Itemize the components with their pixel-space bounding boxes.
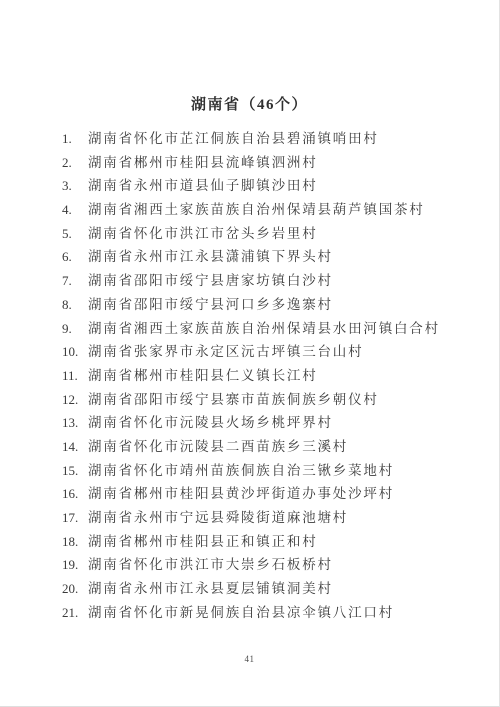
item-number: 16. bbox=[62, 482, 88, 506]
item-number: 21. bbox=[62, 601, 88, 625]
list-item: 20.湖南省永州市江永县夏层铺镇洞美村 bbox=[62, 577, 459, 601]
list-item: 19.湖南省怀化市洪江市大崇乡石板桥村 bbox=[62, 553, 459, 577]
list-item: 16.湖南省郴州市桂阳县黄沙坪街道办事处沙坪村 bbox=[62, 482, 459, 506]
item-text: 湖南省郴州市桂阳县黄沙坪街道办事处沙坪村 bbox=[88, 482, 394, 506]
item-number: 1. bbox=[62, 127, 88, 151]
village-list: 1.湖南省怀化市芷江侗族自治县碧涌镇哨田村2.湖南省郴州市桂阳县流峰镇泗洲村3.… bbox=[0, 127, 499, 624]
item-text: 湖南省邵阳市绥宁县河口乡多逸寨村 bbox=[88, 293, 333, 317]
list-item: 5.湖南省怀化市洪江市岔头乡岩里村 bbox=[62, 222, 459, 246]
item-text: 湖南省张家界市永定区沅古坪镇三台山村 bbox=[88, 340, 363, 364]
list-item: 13.湖南省怀化市沅陵县火场乡桃坪界村 bbox=[62, 411, 459, 435]
item-text: 湖南省怀化市芷江侗族自治县碧涌镇哨田村 bbox=[88, 127, 379, 151]
item-text: 湖南省怀化市沅陵县火场乡桃坪界村 bbox=[88, 411, 333, 435]
item-text: 湖南省怀化市新晃侗族自治县凉伞镇八江口村 bbox=[88, 601, 394, 625]
item-text: 湖南省郴州市桂阳县流峰镇泗洲村 bbox=[88, 151, 318, 175]
item-number: 18. bbox=[62, 530, 88, 554]
item-text: 湖南省永州市宁远县舜陵街道麻池塘村 bbox=[88, 506, 348, 530]
item-number: 10. bbox=[62, 340, 88, 364]
item-text: 湖南省怀化市靖州苗族侗族自治三锹乡菜地村 bbox=[88, 459, 394, 483]
list-item: 3.湖南省永州市道县仙子脚镇沙田村 bbox=[62, 174, 459, 198]
list-item: 15.湖南省怀化市靖州苗族侗族自治三锹乡菜地村 bbox=[62, 459, 459, 483]
item-text: 湖南省永州市道县仙子脚镇沙田村 bbox=[88, 174, 318, 198]
item-text: 湖南省湘西土家族苗族自治州保靖县葫芦镇国茶村 bbox=[88, 198, 425, 222]
item-text: 湖南省郴州市桂阳县正和镇正和村 bbox=[88, 530, 318, 554]
item-number: 8. bbox=[62, 293, 88, 317]
list-item: 17.湖南省永州市宁远县舜陵街道麻池塘村 bbox=[62, 506, 459, 530]
item-number: 12. bbox=[62, 388, 88, 412]
document-page: 湖南省（46个） 1.湖南省怀化市芷江侗族自治县碧涌镇哨田村2.湖南省郴州市桂阳… bbox=[0, 0, 500, 707]
item-number: 2. bbox=[62, 151, 88, 175]
item-number: 4. bbox=[62, 198, 88, 222]
item-number: 3. bbox=[62, 174, 88, 198]
list-item: 10.湖南省张家界市永定区沅古坪镇三台山村 bbox=[62, 340, 459, 364]
list-item: 7.湖南省邵阳市绥宁县唐家坊镇白沙村 bbox=[62, 269, 459, 293]
item-text: 湖南省怀化市沅陵县二酉苗族乡三溪村 bbox=[88, 435, 348, 459]
item-text: 湖南省怀化市洪江市大崇乡石板桥村 bbox=[88, 553, 333, 577]
page-title: 湖南省（46个） bbox=[0, 0, 499, 114]
list-item: 12.湖南省邵阳市绥宁县寨市苗族侗族乡朝仪村 bbox=[62, 388, 459, 412]
item-text: 湖南省邵阳市绥宁县寨市苗族侗族乡朝仪村 bbox=[88, 388, 379, 412]
list-item: 14.湖南省怀化市沅陵县二酉苗族乡三溪村 bbox=[62, 435, 459, 459]
item-number: 14. bbox=[62, 435, 88, 459]
list-item: 4.湖南省湘西土家族苗族自治州保靖县葫芦镇国茶村 bbox=[62, 198, 459, 222]
item-text: 湖南省湘西土家族苗族自治州保靖县水田河镇白合村 bbox=[88, 317, 440, 341]
page-number: 41 bbox=[0, 654, 499, 664]
item-number: 11. bbox=[62, 364, 88, 388]
list-item: 21.湖南省怀化市新晃侗族自治县凉伞镇八江口村 bbox=[62, 601, 459, 625]
list-item: 6.湖南省永州市江永县潇浦镇下界头村 bbox=[62, 245, 459, 269]
item-text: 湖南省永州市江永县潇浦镇下界头村 bbox=[88, 245, 333, 269]
item-number: 9. bbox=[62, 317, 88, 341]
item-number: 13. bbox=[62, 411, 88, 435]
item-number: 17. bbox=[62, 506, 88, 530]
list-item: 1.湖南省怀化市芷江侗族自治县碧涌镇哨田村 bbox=[62, 127, 459, 151]
item-number: 19. bbox=[62, 553, 88, 577]
list-item: 11.湖南省郴州市桂阳县仁义镇长江村 bbox=[62, 364, 459, 388]
item-text: 湖南省永州市江永县夏层铺镇洞美村 bbox=[88, 577, 333, 601]
item-text: 湖南省怀化市洪江市岔头乡岩里村 bbox=[88, 222, 318, 246]
item-number: 5. bbox=[62, 222, 88, 246]
item-text: 湖南省邵阳市绥宁县唐家坊镇白沙村 bbox=[88, 269, 333, 293]
item-number: 7. bbox=[62, 269, 88, 293]
list-item: 9.湖南省湘西土家族苗族自治州保靖县水田河镇白合村 bbox=[62, 317, 459, 341]
item-number: 15. bbox=[62, 459, 88, 483]
item-number: 20. bbox=[62, 577, 88, 601]
item-text: 湖南省郴州市桂阳县仁义镇长江村 bbox=[88, 364, 318, 388]
list-item: 8.湖南省邵阳市绥宁县河口乡多逸寨村 bbox=[62, 293, 459, 317]
list-item: 18.湖南省郴州市桂阳县正和镇正和村 bbox=[62, 530, 459, 554]
item-number: 6. bbox=[62, 245, 88, 269]
list-item: 2.湖南省郴州市桂阳县流峰镇泗洲村 bbox=[62, 151, 459, 175]
